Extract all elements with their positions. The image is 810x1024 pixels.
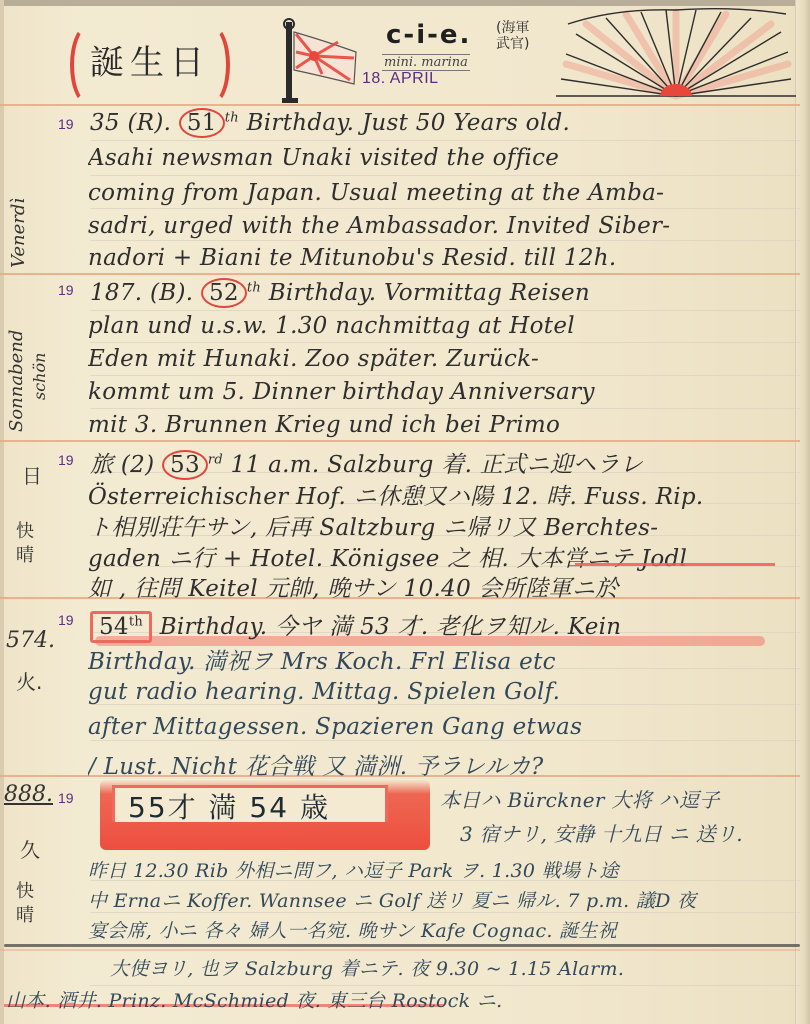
- entry-line: 中 Ernaニ Koffer. Wannsee ニ Golf 送リ 夏ニ 帰ル.…: [88, 886, 788, 913]
- entry-number-note: 888.: [4, 782, 53, 807]
- cie-annotation: (海軍武官): [496, 20, 536, 52]
- entry-line: 如 , 往問 Keitel 元帥, 晩サン 10.40 会所陸軍ニ於: [88, 570, 788, 603]
- entry-line: gaden ニ行 + Hotel. Königsee 之 相. 大本営ニテ Jo…: [88, 540, 788, 573]
- entry-line: kommt um 5. Dinner birthday Anniversary: [88, 379, 788, 405]
- weather-note: schön: [30, 320, 49, 400]
- diary-page: 誕生日 c-i-e. (海軍武官) mini. marina 18. APRIL: [0, 0, 810, 1024]
- entry-line: sadri, urged with the Ambassador. Invite…: [88, 213, 788, 239]
- entry-line: 54th Birthday. 今ヤ 満 53 才. 老化ヲ知ル. Kein: [90, 608, 790, 643]
- entry-line: coming from Japan. Usual meeting at the …: [88, 180, 788, 206]
- birthday-title: 誕生日: [70, 24, 230, 94]
- entry-line: ト相別荘午サン, 后再 Saltzburg ニ帰リ又 Berchtes-: [88, 509, 788, 542]
- weekday-note: 久: [20, 838, 40, 862]
- entry-line: 旅 (2) 53rd 11 a.m. Salzburg 着. 正式ニ迎ヘラレ: [90, 446, 790, 480]
- entry-line: nadori + Biani te Mitunobu's Resid. till…: [88, 245, 788, 271]
- age-circle: 52: [201, 278, 247, 308]
- entry-line: mit 3. Brunnen Krieg und ich bei Primo: [88, 412, 788, 438]
- weekday-note: 日: [22, 464, 42, 488]
- entry-divider: [0, 440, 800, 442]
- faint-rule: [90, 208, 800, 209]
- red-paren-left: [70, 24, 108, 106]
- age-circle: 53: [162, 450, 208, 480]
- entry-divider: [0, 949, 800, 951]
- weather-note: 快晴: [16, 880, 42, 928]
- entry-line: Asahi newsman Unaki visited the office: [88, 145, 788, 171]
- entry-line: Österreichischer Hof. ニ休憩又ハ陽 12. 時. Fuss…: [88, 478, 788, 511]
- page-right-edge: [795, 0, 810, 1024]
- weekday-note: 火.: [16, 670, 42, 694]
- date-stamp: 18. APRIL: [362, 70, 439, 88]
- weather-note: 快晴: [16, 520, 42, 568]
- red-underline: [575, 563, 775, 566]
- year-prefix: 19: [58, 790, 74, 806]
- faint-rule: [90, 310, 800, 311]
- entry-line: 187. (B). 52th Birthday. Vormittag Reise…: [90, 278, 790, 308]
- entry-line: 山本. 酒井. Prinz. McSchmied 夜. 東三台 Rostock …: [6, 986, 706, 1013]
- entry-number-note: 574.: [6, 628, 55, 653]
- year-prefix: 19: [58, 452, 74, 468]
- ink-divider-line: [4, 944, 800, 947]
- year-prefix: 19: [58, 612, 74, 628]
- cie-subtitle: mini. marina: [382, 54, 470, 71]
- faint-rule: [90, 140, 800, 141]
- age-circle: 51: [179, 108, 225, 138]
- entry-line: / Lust. Nicht 花合戦 又 満洲. 予ラレルカ?: [88, 748, 788, 781]
- boxed-heading: 55才 満 54 歳: [128, 786, 330, 826]
- faint-rule: [90, 375, 800, 376]
- age-box: 54th: [90, 611, 152, 643]
- weekday-note: Venerdì: [8, 118, 29, 268]
- year-prefix: 19: [58, 116, 74, 132]
- entry-divider: [0, 273, 800, 275]
- entry-line: 3 宿ナリ, 安静 十九日 ニ 送リ.: [460, 818, 790, 847]
- entry-line: gut radio hearing. Mittag. Spielen Golf.: [88, 679, 788, 705]
- faint-rule: [90, 175, 800, 176]
- entry-line: Eden mit Hunaki. Zoo später. Zurück-: [88, 346, 788, 372]
- faint-rule: [90, 740, 800, 741]
- entry-line: 宴会席, 小ニ 各々 婦人一名宛. 晩サン Kafe Cognac. 誕生祝: [88, 916, 788, 943]
- entry-divider: [0, 104, 800, 106]
- faint-rule: [90, 342, 800, 343]
- entry-line: 昨日 12.30 Rib 外相ニ問フ, ハ逗子 Park ヲ. 1.30 戦場ト…: [88, 856, 788, 883]
- entry-line: 大使ヨリ, 也ヲ Salzburg 着ニテ. 夜 9.30 ~ 1.15 Ala…: [110, 954, 810, 981]
- entry-line: plan und u.s.w. 1.30 nachmittag at Hotel: [88, 313, 788, 339]
- entry-line: 35 (R). 51th Birthday. Just 50 Years old…: [90, 108, 790, 138]
- rising-sun-drawing-icon: [556, 4, 796, 100]
- weekday-note: Sonnabend: [6, 282, 27, 432]
- entry-line: Birthday. 満祝ヲ Mrs Koch. Frl Elisa etc: [88, 643, 788, 676]
- page-left-edge: [0, 0, 4, 1024]
- faint-rule: [90, 408, 800, 409]
- rising-sun-flag-icon: [282, 18, 362, 104]
- faint-rule: [90, 240, 800, 241]
- entry-line: 本日ハ Bürckner 大将 ハ逗子: [440, 784, 790, 813]
- entry-line: after Mittagessen. Spazieren Gang etwas: [88, 714, 788, 740]
- year-prefix: 19: [58, 282, 74, 298]
- red-paren-right: [192, 24, 230, 106]
- cie-heading: c-i-e.: [386, 20, 471, 50]
